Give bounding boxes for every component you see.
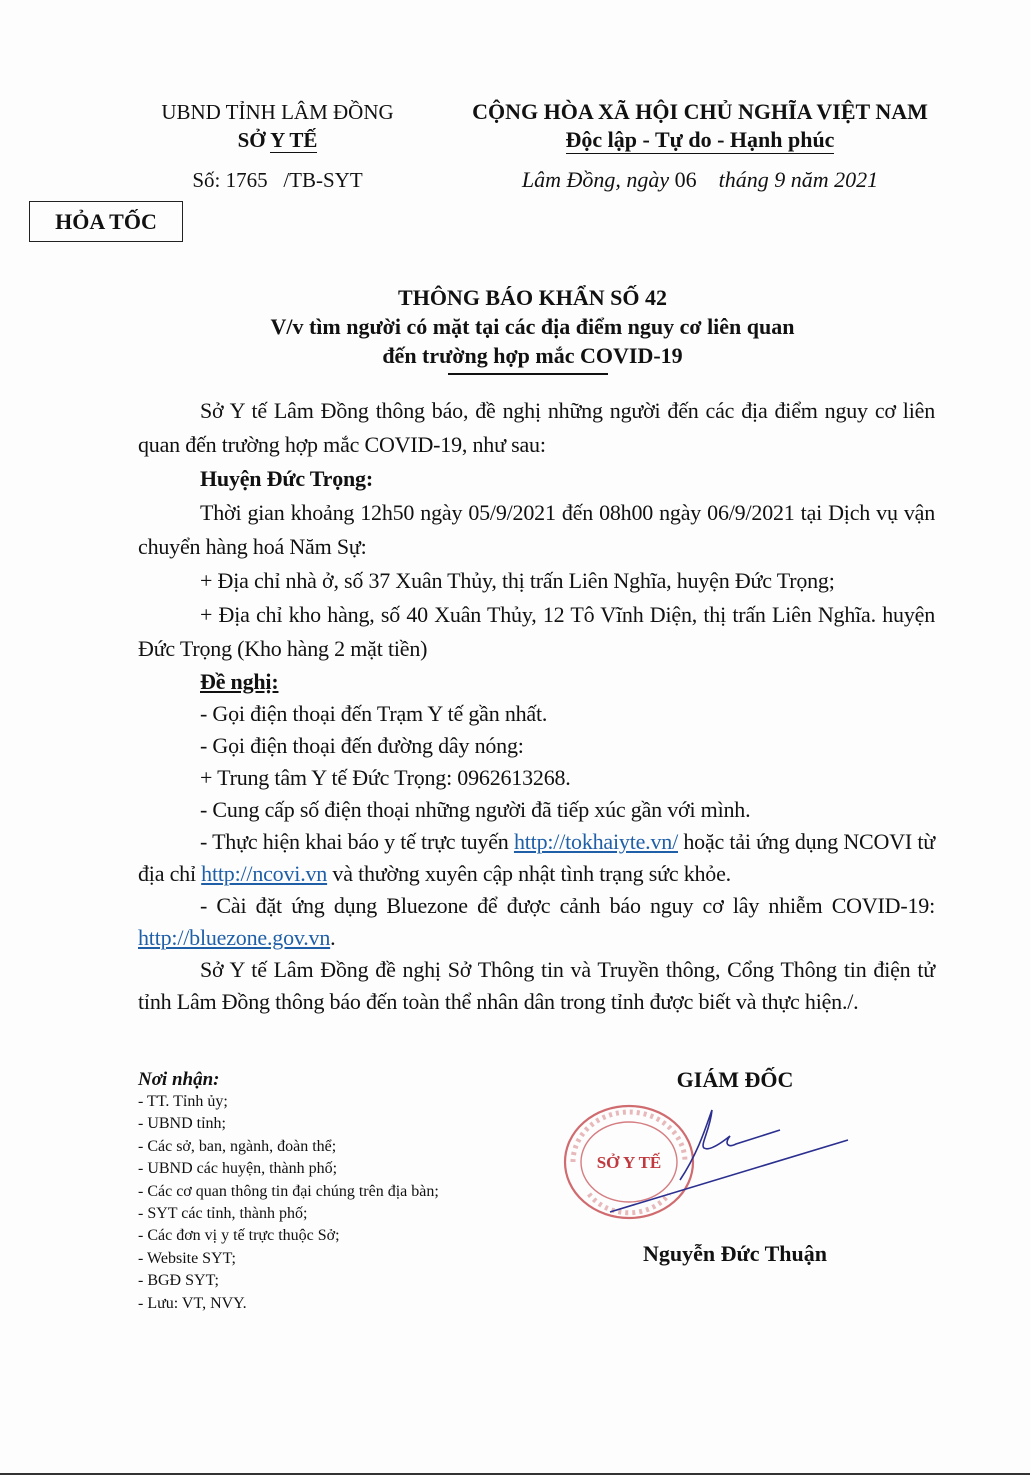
recipients-list: Nơi nhận: - TT. Tỉnh ủy; - UBND tỉnh; - … — [138, 1069, 518, 1315]
signature-icon — [600, 1100, 860, 1220]
district-heading: Huyện Đức Trọng: — [138, 462, 935, 496]
request-5: - Thực hiện khai báo y tế trực tuyến htt… — [138, 826, 935, 890]
recipient-item: - Các cơ quan thông tin đại chúng trên đ… — [138, 1181, 518, 1203]
document-body: Sở Y tế Lâm Đồng thông báo, đề nghị nhữn… — [138, 394, 935, 1018]
request-heading: Đề nghị: — [200, 669, 278, 694]
nation-name: CỘNG HÒA XÃ HỘI CHỦ NGHĨA VIỆT NAM — [450, 98, 950, 126]
signer-position: GIÁM ĐỐC — [600, 1066, 870, 1094]
address-2: + Địa chỉ kho hàng, số 40 Xuân Thủy, 12 … — [138, 598, 935, 666]
date-day: 06 — [669, 167, 702, 192]
request-6: - Cài đặt ứng dụng Bluezone để được cảnh… — [138, 890, 935, 954]
recipient-item: - BGĐ SYT; — [138, 1270, 518, 1292]
recipient-item: - SYT các tỉnh, thành phố; — [138, 1203, 518, 1225]
ncovi-link[interactable]: http://ncovi.vn — [201, 861, 327, 886]
closing-paragraph: Sở Y tế Lâm Đồng đề nghị Sở Thông tin và… — [138, 954, 935, 1018]
recipient-item: - Các đơn vị y tế trực thuộc Sở; — [138, 1225, 518, 1247]
request-2: - Gọi điện thoại đến đường dây nóng: — [138, 730, 935, 762]
recipient-item: - Website SYT; — [138, 1248, 518, 1270]
address-1: + Địa chỉ nhà ở, số 37 Xuân Thủy, thị tr… — [138, 564, 935, 598]
date-place: Lâm Đồng, ngày — [522, 167, 669, 192]
issue-date: Lâm Đồng, ngày 06 tháng 9 năm 2021 — [450, 166, 950, 194]
national-header: CỘNG HÒA XÃ HỘI CHỦ NGHĨA VIỆT NAM Độc l… — [450, 98, 950, 194]
request-4: - Cung cấp số điện thoại những người đã … — [138, 794, 935, 826]
title-line-2: V/v tìm người có mặt tại các địa điểm ng… — [130, 312, 935, 341]
recipients-title: Nơi nhận: — [138, 1069, 518, 1091]
recipient-item: - Các sở, ban, ngành, đoàn thể; — [138, 1136, 518, 1158]
signer-name: Nguyễn Đức Thuận — [600, 1240, 870, 1268]
document-number: Số: 1765 /TB-SYT — [130, 166, 425, 194]
request-1: - Gọi điện thoại đến Trạm Y tế gần nhất. — [138, 698, 935, 730]
request-3: + Trung tâm Y tế Đức Trọng: 0962613268. — [138, 762, 935, 794]
request-6-text-a: - Cài đặt ứng dụng Bluezone để được cảnh… — [200, 893, 935, 918]
national-motto: Độc lập - Tự do - Hạnh phúc — [566, 127, 835, 154]
recipient-item: - UBND tỉnh; — [138, 1113, 518, 1135]
date-month-year: tháng 9 năm 2021 — [702, 167, 878, 192]
title-line-3: đến trường hợp mắc COVID-19 — [130, 341, 935, 370]
request-6-text-b: . — [330, 925, 335, 950]
agency-prefix: SỞ — [238, 128, 270, 152]
bluezone-link[interactable]: http://bluezone.gov.vn — [138, 925, 330, 950]
document-title: THÔNG BÁO KHẨN SỐ 42 V/v tìm người có mặ… — [130, 283, 935, 375]
intro-paragraph: Sở Y tế Lâm Đồng thông báo, đề nghị nhữn… — [138, 394, 935, 462]
authority-name: UBND TỈNH LÂM ĐỒNG — [130, 98, 425, 126]
recipient-item: - UBND các huyện, thành phố; — [138, 1158, 518, 1180]
issuing-authority: UBND TỈNH LÂM ĐỒNG SỞ Y TẾ Số: 1765 /TB-… — [130, 98, 425, 194]
recipient-item: - Lưu: VT, NVY. — [138, 1293, 518, 1315]
agency-name: SỞ Y TẾ — [130, 126, 425, 154]
title-line-1: THÔNG BÁO KHẨN SỐ 42 — [130, 283, 935, 312]
time-paragraph: Thời gian khoảng 12h50 ngày 05/9/2021 đế… — [138, 496, 935, 564]
title-underline — [448, 373, 608, 375]
agency-underlined: Y TẾ — [270, 128, 317, 153]
tokhaiyte-link[interactable]: http://tokhaiyte.vn/ — [514, 829, 678, 854]
request-5-text-a: - Thực hiện khai báo y tế trực tuyến — [200, 829, 514, 854]
request-5-text-c: và thường xuyên cập nhật tình trạng sức … — [327, 861, 731, 886]
urgency-badge: HỎA TỐC — [29, 201, 183, 242]
recipient-item: - TT. Tỉnh ủy; — [138, 1091, 518, 1113]
